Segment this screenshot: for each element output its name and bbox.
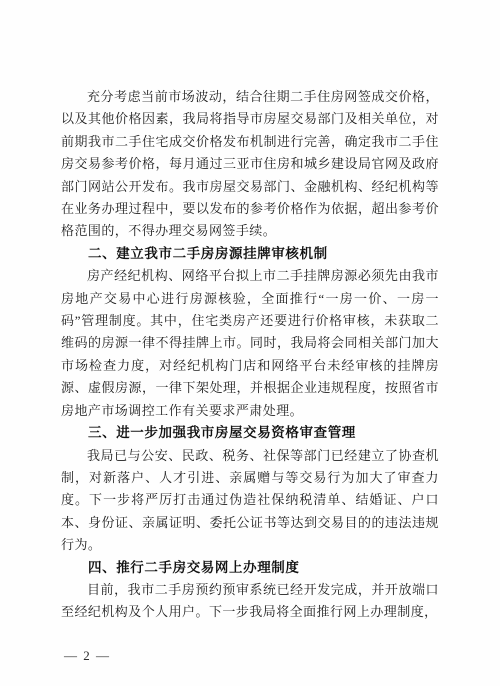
document-body: 充分考虑当前市场波动，结合往期二手住房网签成交价格，以及其他价格因素，我局将指导… [61, 86, 439, 624]
section-heading-2-listing-review: 二、建立我市二手房房源挂牌审核机制 [61, 243, 439, 265]
paragraph-listing-verification: 房产经纪机构、网络平台拟上市二手挂牌房源必须先由我市房地产交易中心进行房源核验，… [61, 265, 439, 422]
paragraph-qualification-enforcement: 我局已与公安、民政、税务、社保等部门已经建立了协查机制，对新落户、人才引进、亲属… [61, 445, 439, 557]
section-heading-3-qualification-review: 三、进一步加强我市房屋交易资格审查管理 [61, 422, 439, 444]
document-page: 充分考虑当前市场波动，结合往期二手住房网签成交价格，以及其他价格因素，我局将指导… [0, 0, 500, 686]
section-heading-4-online-processing: 四、推行二手房交易网上办理制度 [61, 557, 439, 579]
paragraph-price-reference: 充分考虑当前市场波动，结合往期二手住房网签成交价格，以及其他价格因素，我局将指导… [61, 86, 439, 243]
page-number: — 2 — [64, 648, 111, 664]
paragraph-online-system: 目前，我市二手房预约预审系统已经开发完成，并开放端口至经纪机构及个人用户。下一步… [61, 579, 439, 624]
